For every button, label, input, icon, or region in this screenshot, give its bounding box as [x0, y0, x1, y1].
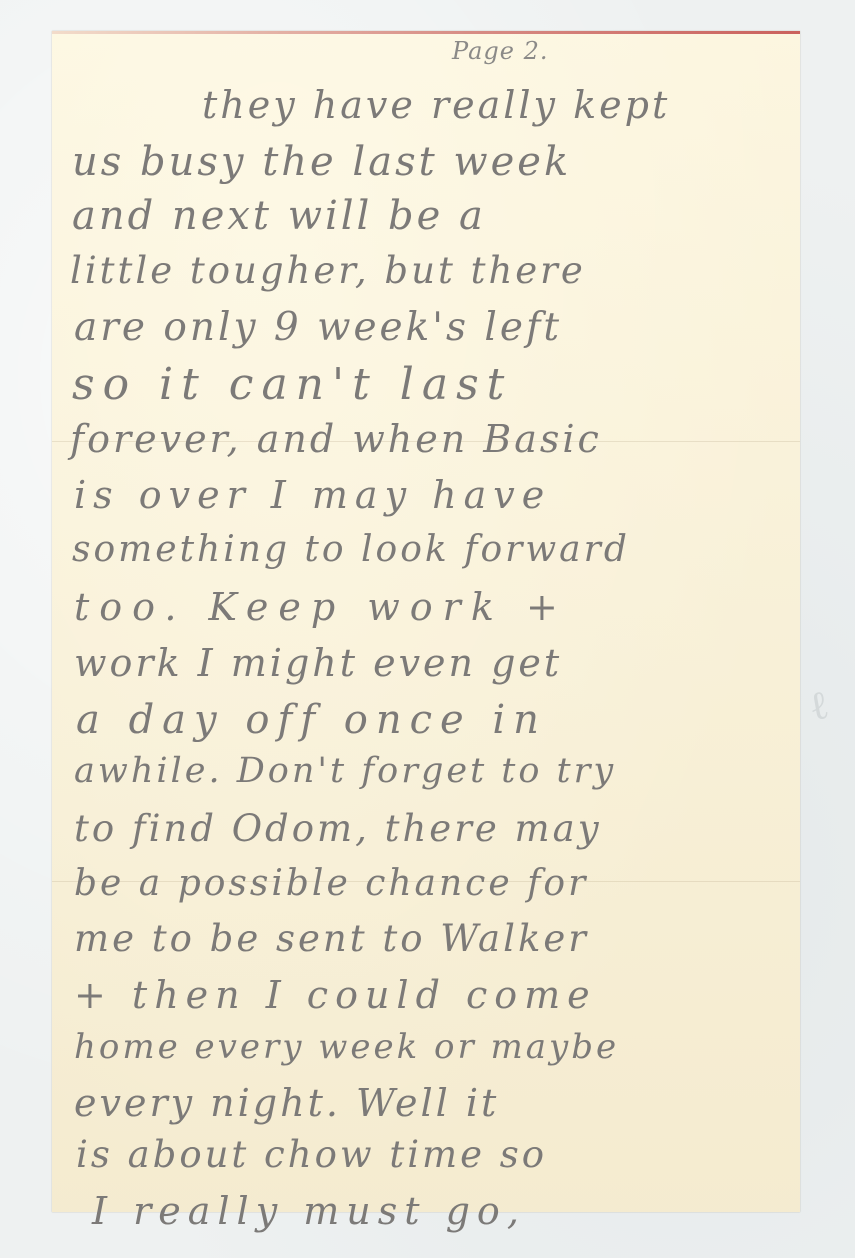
handwritten-line: something to look forward [72, 529, 630, 570]
handwritten-line: + then I could come [74, 973, 597, 1017]
handwritten-line: to find Odom, there may [74, 807, 602, 850]
handwritten-line: forever, and when Basic [70, 417, 602, 461]
handwritten-line: awhile. Don't forget to try [74, 751, 616, 791]
handwritten-line: little tougher, but there [70, 249, 586, 292]
handwritten-line: I really must go, [92, 1189, 526, 1233]
handwritten-line: be a possible chance for [74, 863, 588, 904]
handwritten-line: they have really kept [202, 83, 670, 127]
letter-page: Page 2. they have really kept us busy th… [52, 31, 800, 1212]
page-number: Page 2. [452, 37, 548, 65]
handwritten-line: home every week or maybe [74, 1027, 619, 1067]
handwritten-line: a day off once in [76, 697, 547, 743]
handwritten-line: too. Keep work + [74, 585, 568, 629]
handwritten-line: is about chow time so [76, 1133, 547, 1176]
handwritten-line: are only 9 week's left [74, 305, 562, 350]
handwritten-line: is over I may have [74, 473, 551, 517]
red-top-edge [52, 31, 800, 34]
handwritten-line: and next will be a [72, 193, 486, 239]
handwritten-line: work I might even get [74, 641, 562, 685]
handwritten-line: me to be sent to Walker [74, 917, 589, 960]
handwritten-line: every night. Well it [74, 1081, 499, 1125]
handwritten-line: us busy the last week [72, 139, 571, 185]
handwritten-line: so it can't last [72, 359, 512, 410]
